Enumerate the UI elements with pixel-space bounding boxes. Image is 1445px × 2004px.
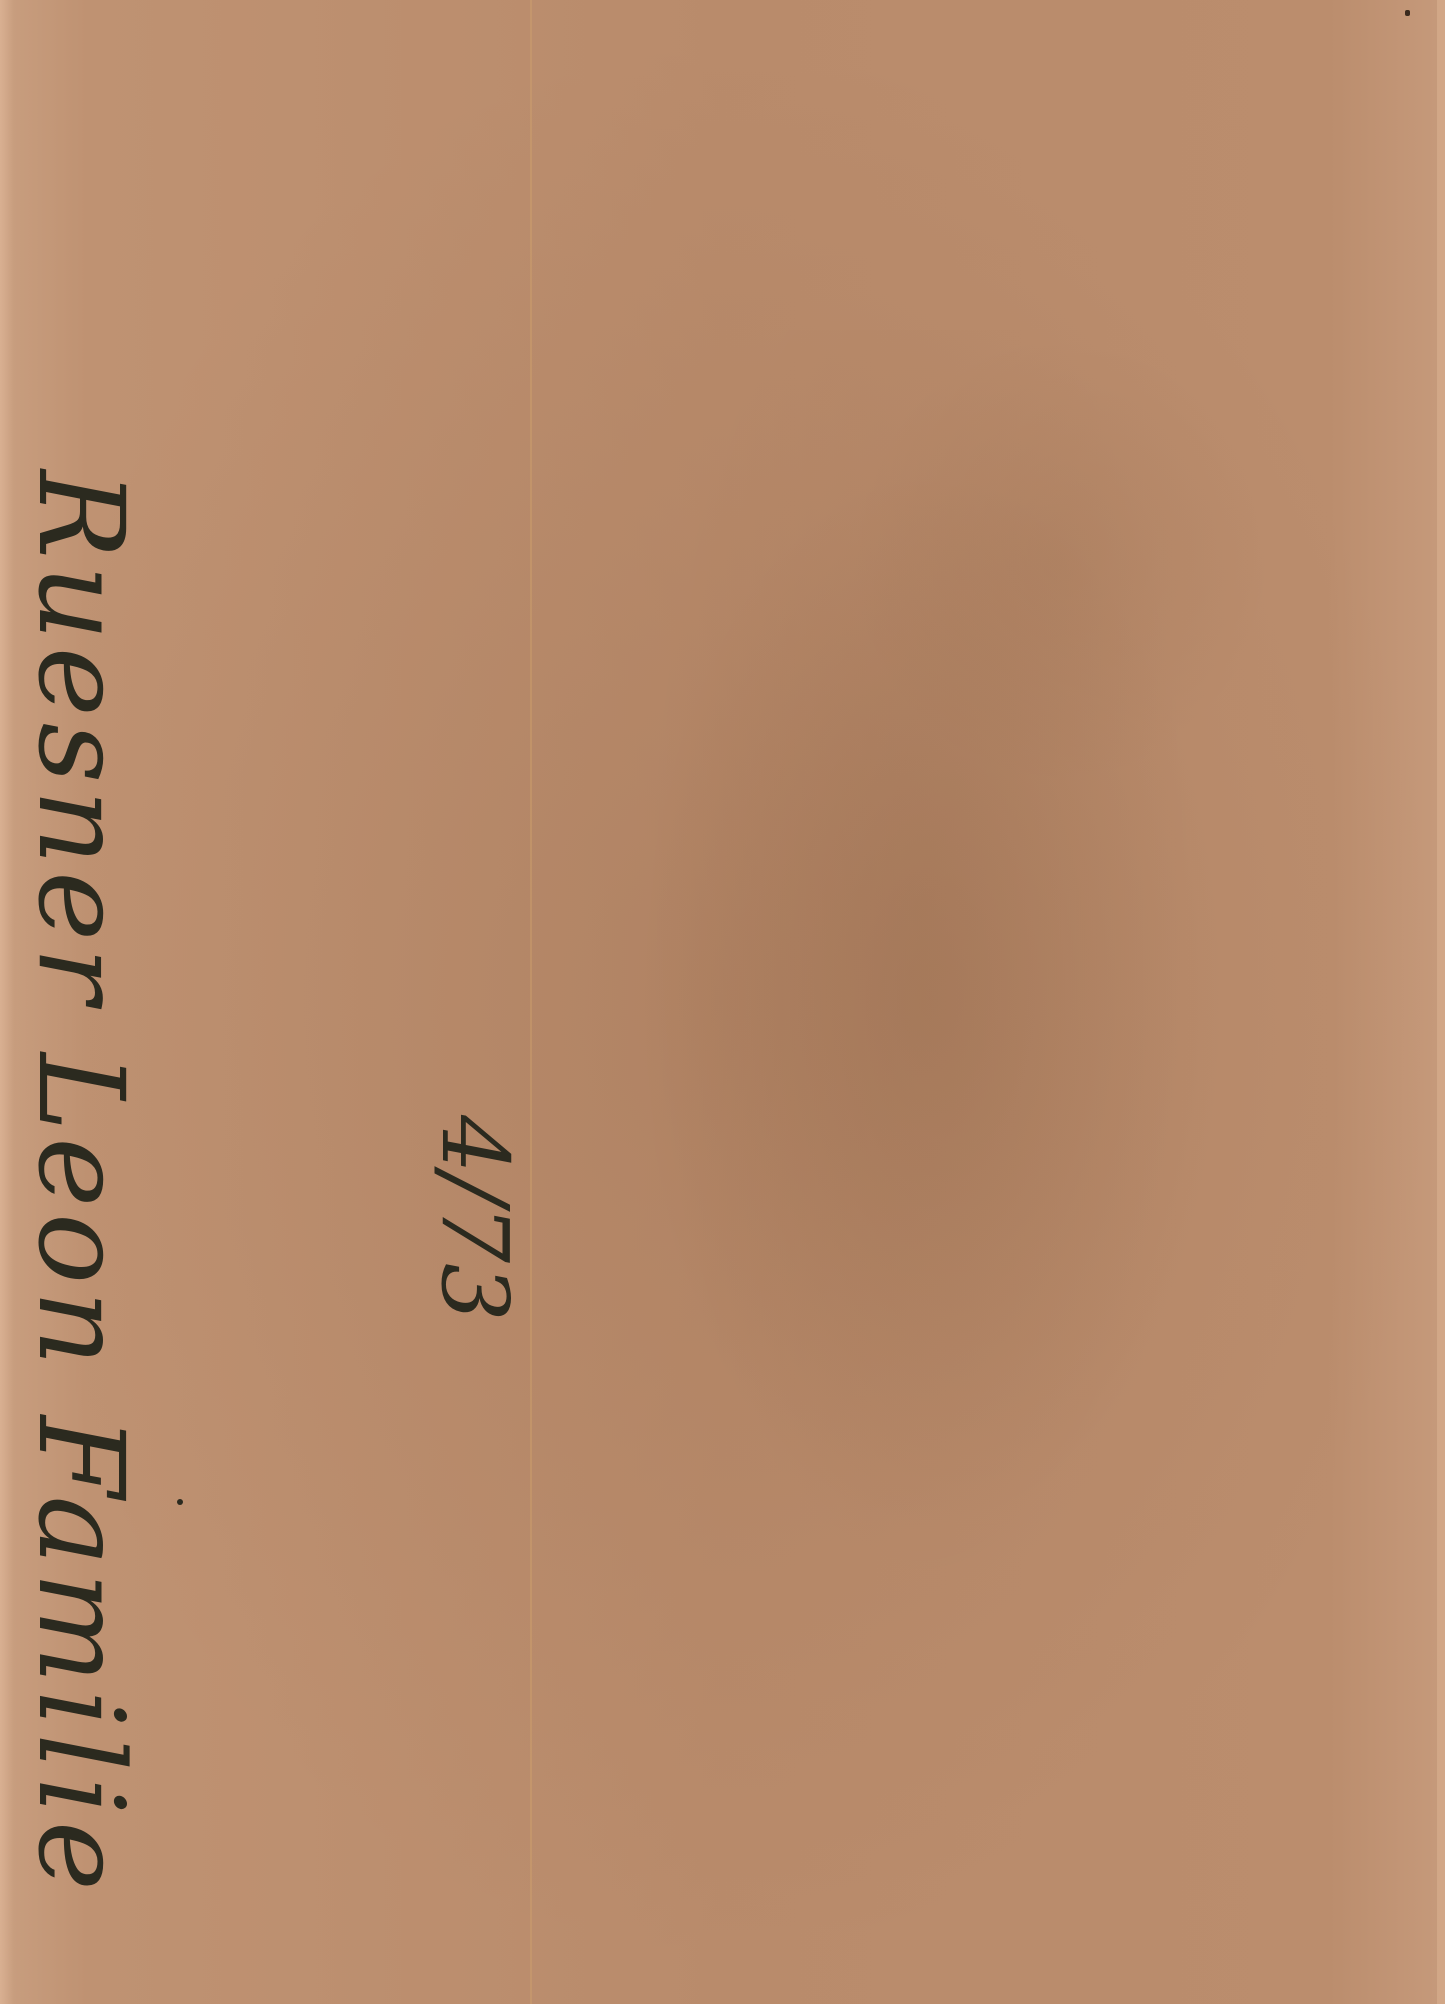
photo-bleed-through <box>640 330 1200 1600</box>
handwritten-caption: Ruesner Leon Familie <box>22 470 140 1897</box>
handwritten-catalog-number: 4/73 <box>428 1115 520 1322</box>
corner-mark <box>1405 10 1410 16</box>
paper-seam <box>530 0 532 2004</box>
ink-dot <box>177 1499 183 1505</box>
paper-edge-right <box>1437 0 1445 2004</box>
